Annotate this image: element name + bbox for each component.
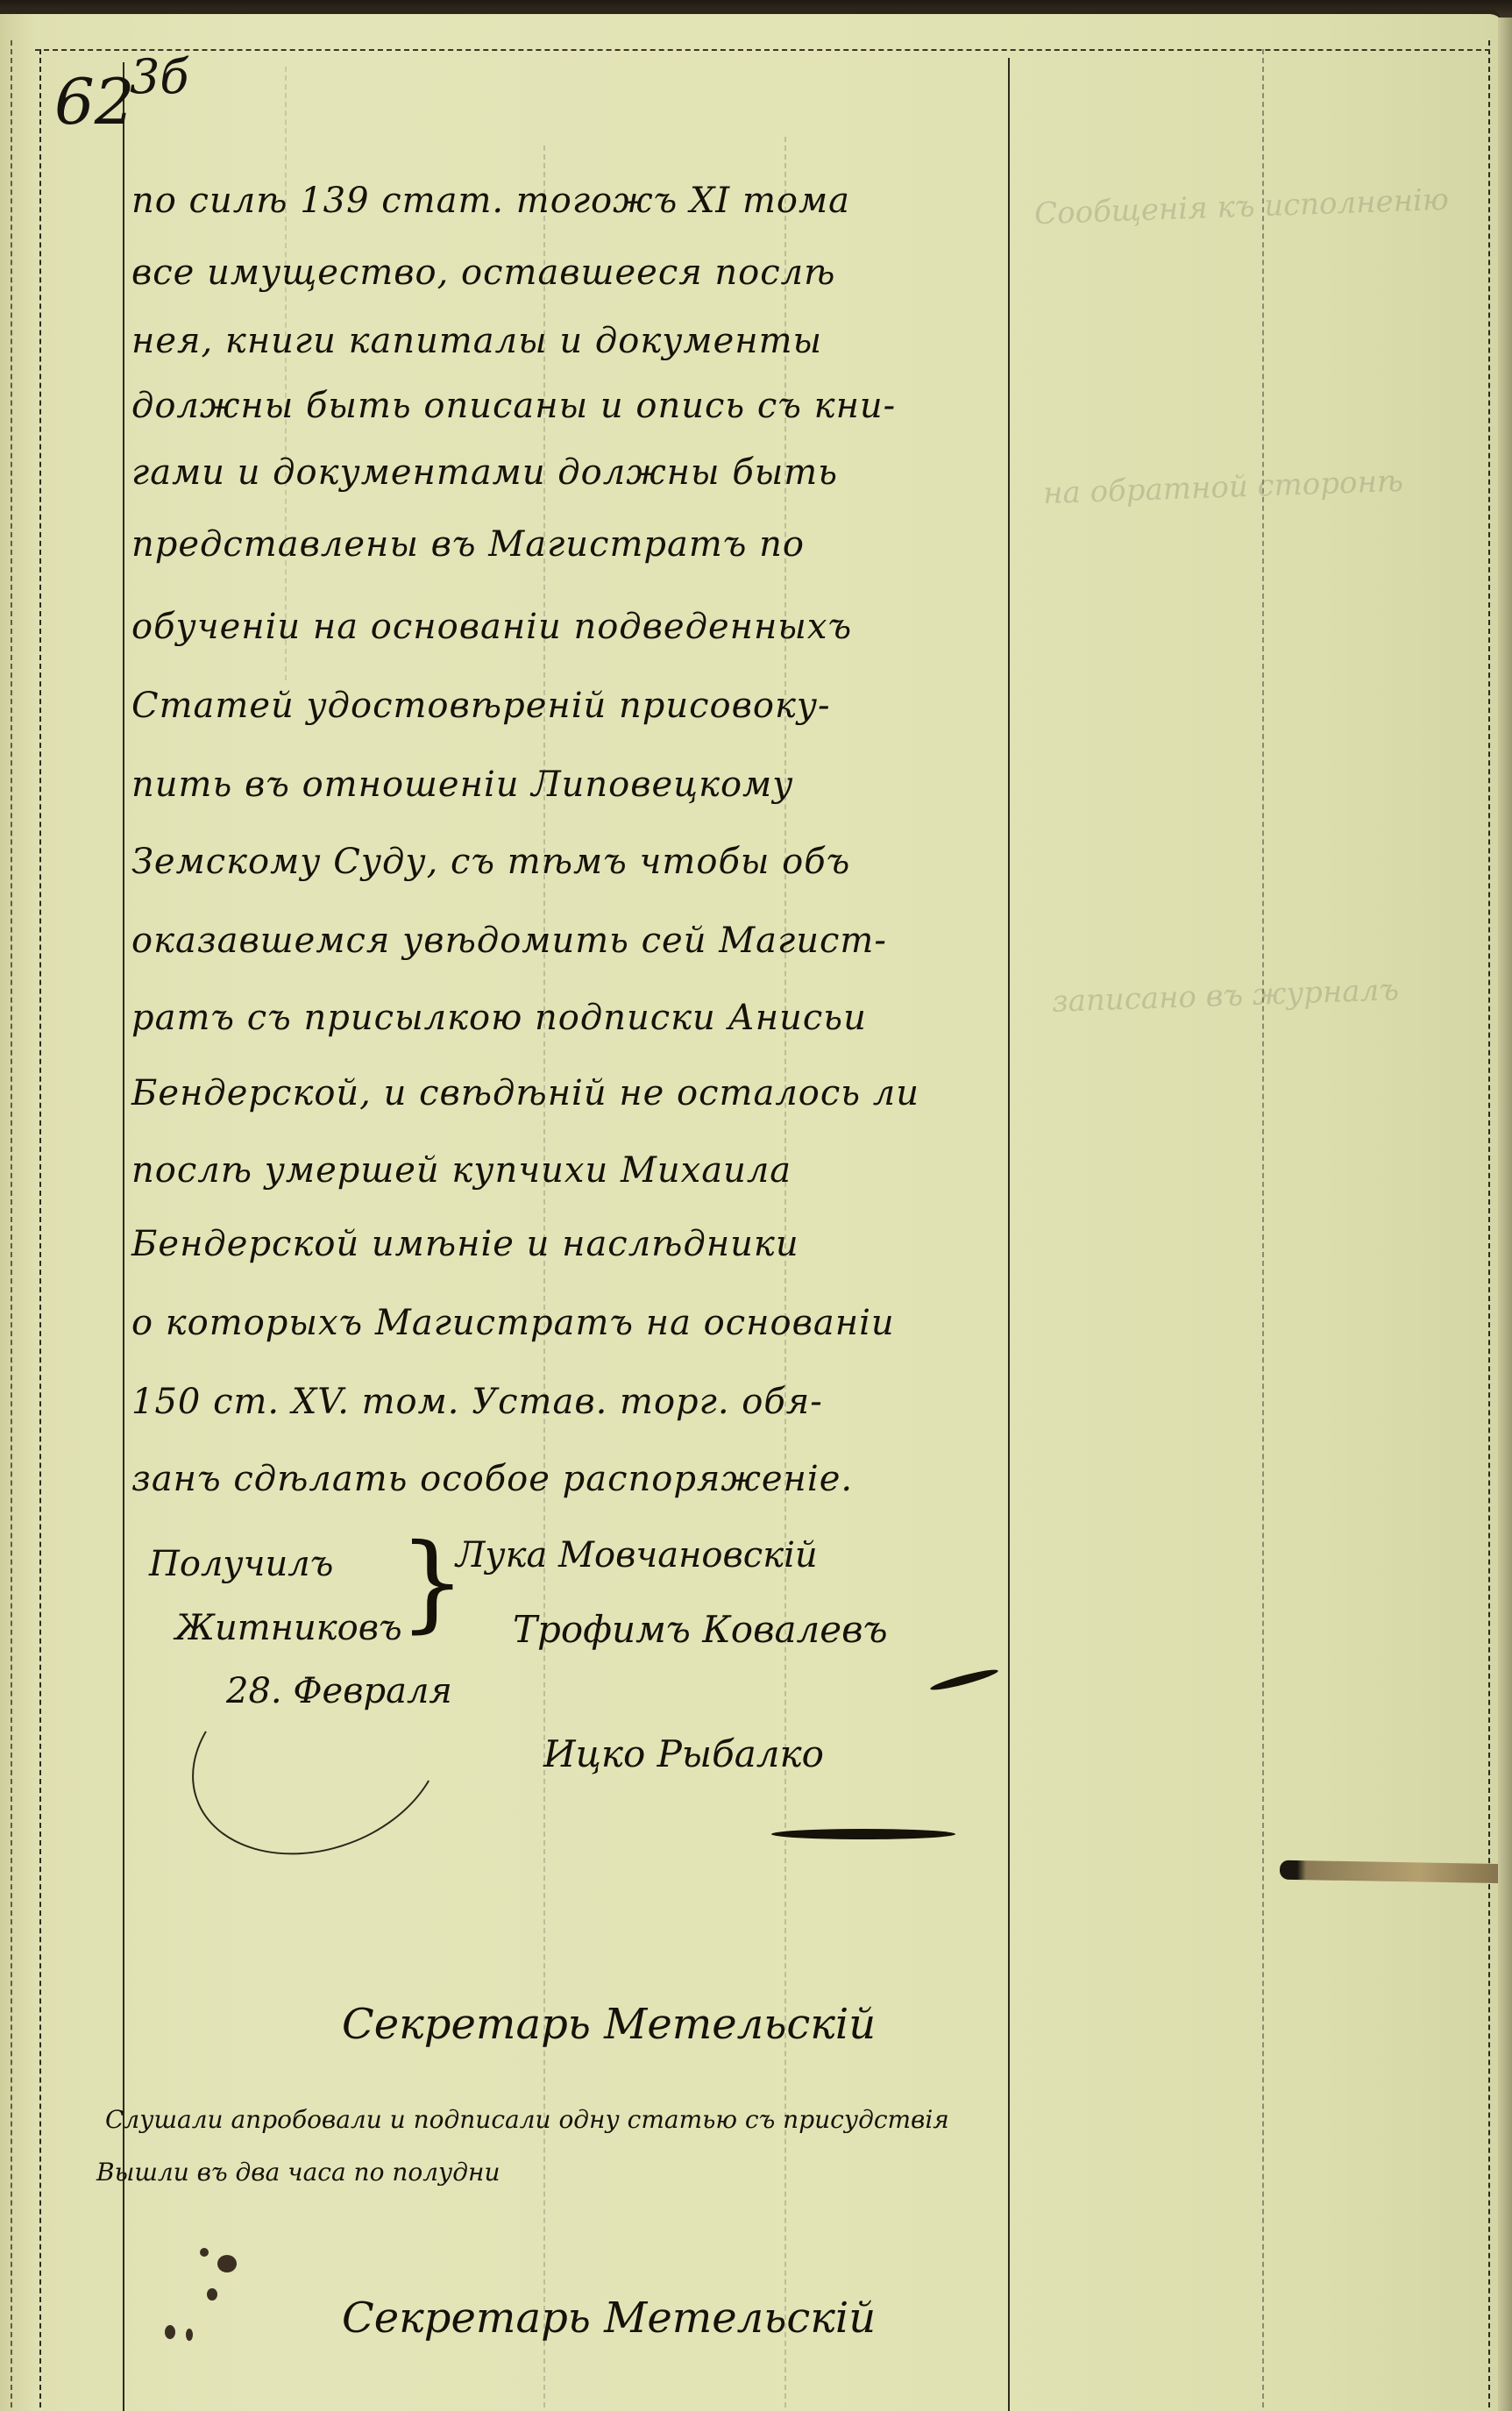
ink-blot xyxy=(207,2288,217,2301)
bleed-through-text: на обратной сторонѣ xyxy=(1042,464,1403,511)
text-column-right-rule xyxy=(1008,58,1010,2411)
bleed-through-text: Сообщенія къ исполненію xyxy=(1033,182,1449,231)
body-line: о которыхъ Магистратъ на основаніи xyxy=(131,1303,1008,1343)
body-line: Земскому Суду, съ тѣмъ чтобы объ xyxy=(131,842,1008,882)
faint-column-rule-1 xyxy=(285,67,287,680)
ink-blot xyxy=(165,2325,175,2339)
signature: Ицко Рыбалко xyxy=(543,1732,824,1775)
body-line: ратъ съ присылкою подписки Анисьи xyxy=(131,998,1008,1038)
signature: Лука Мовчановскій xyxy=(456,1535,818,1575)
folio-sub-number: 3б xyxy=(130,49,188,104)
body-line: Бендерской имѣніе и наслѣдники xyxy=(131,1224,1008,1264)
ink-blot xyxy=(200,2248,209,2257)
ink-blot xyxy=(217,2255,237,2272)
secretary-signature: Секретарь Метельскій xyxy=(342,2000,876,2049)
body-line: 150 ст. XV. том. Устав. торг. обя- xyxy=(131,1382,1008,1422)
body-line: представлены въ Магистратъ по xyxy=(131,524,1008,565)
signature: Трофимъ Ковалевъ xyxy=(513,1608,888,1651)
body-line: гами и документами должны быть xyxy=(131,452,1008,493)
text-column-left-rule xyxy=(123,62,124,2411)
ink-blot xyxy=(186,2329,193,2341)
page-edge xyxy=(1498,18,1512,2411)
minutes-note-line: Слушали апробовали и подписали одну стат… xyxy=(105,2105,949,2134)
signature-flourish xyxy=(771,1829,955,1839)
binding-thread xyxy=(1280,1860,1512,1884)
body-line: по силѣ 139 стат. тогожъ XI тома xyxy=(131,181,1008,221)
left-margin-rule xyxy=(39,49,41,2407)
body-line: послѣ умершей купчихи Михаила xyxy=(131,1150,1008,1191)
folio-number: 62 xyxy=(54,65,135,139)
minutes-note-line: Вышли въ два часа по полудни xyxy=(96,2158,500,2187)
body-line: оказавшемся увѣдомить сей Магист- xyxy=(131,921,1008,961)
body-line: должны быть описаны и опись съ кни- xyxy=(131,386,1008,426)
left-edge-rule xyxy=(11,40,12,2407)
receipt-note-line: Получилъ xyxy=(149,1544,333,1584)
signature-flourish xyxy=(929,1667,999,1693)
header-rule xyxy=(35,49,1490,51)
right-column-rule xyxy=(1262,49,1264,2411)
secretary-signature: Секретарь Метельскій xyxy=(342,2294,876,2343)
body-line: обученіи на основаніи подведенныхъ xyxy=(131,607,1008,647)
right-edge-rule xyxy=(1488,40,1490,2407)
body-line: нея, книги капиталы и документы xyxy=(131,321,1008,361)
body-line: Статей удостовѣреній присовоку- xyxy=(131,686,1008,726)
manuscript-page: 62 3б Сообщенія къ исполненію на обратно… xyxy=(0,9,1501,2411)
bleed-through-text: записано въ журналъ xyxy=(1051,972,1399,1020)
body-line: Бендерской, и свѣдѣній не осталось ли xyxy=(131,1073,1008,1113)
body-line: занъ сдѣлать особое распоряженіе. xyxy=(131,1459,1008,1499)
receipt-flourish-circle xyxy=(164,1624,470,1888)
receipt-note-line: Житниковъ xyxy=(175,1608,402,1648)
body-line: все имущество, оставшееся послѣ xyxy=(131,252,1008,293)
body-line: пить въ отношеніи Липовецкому xyxy=(131,765,1008,805)
